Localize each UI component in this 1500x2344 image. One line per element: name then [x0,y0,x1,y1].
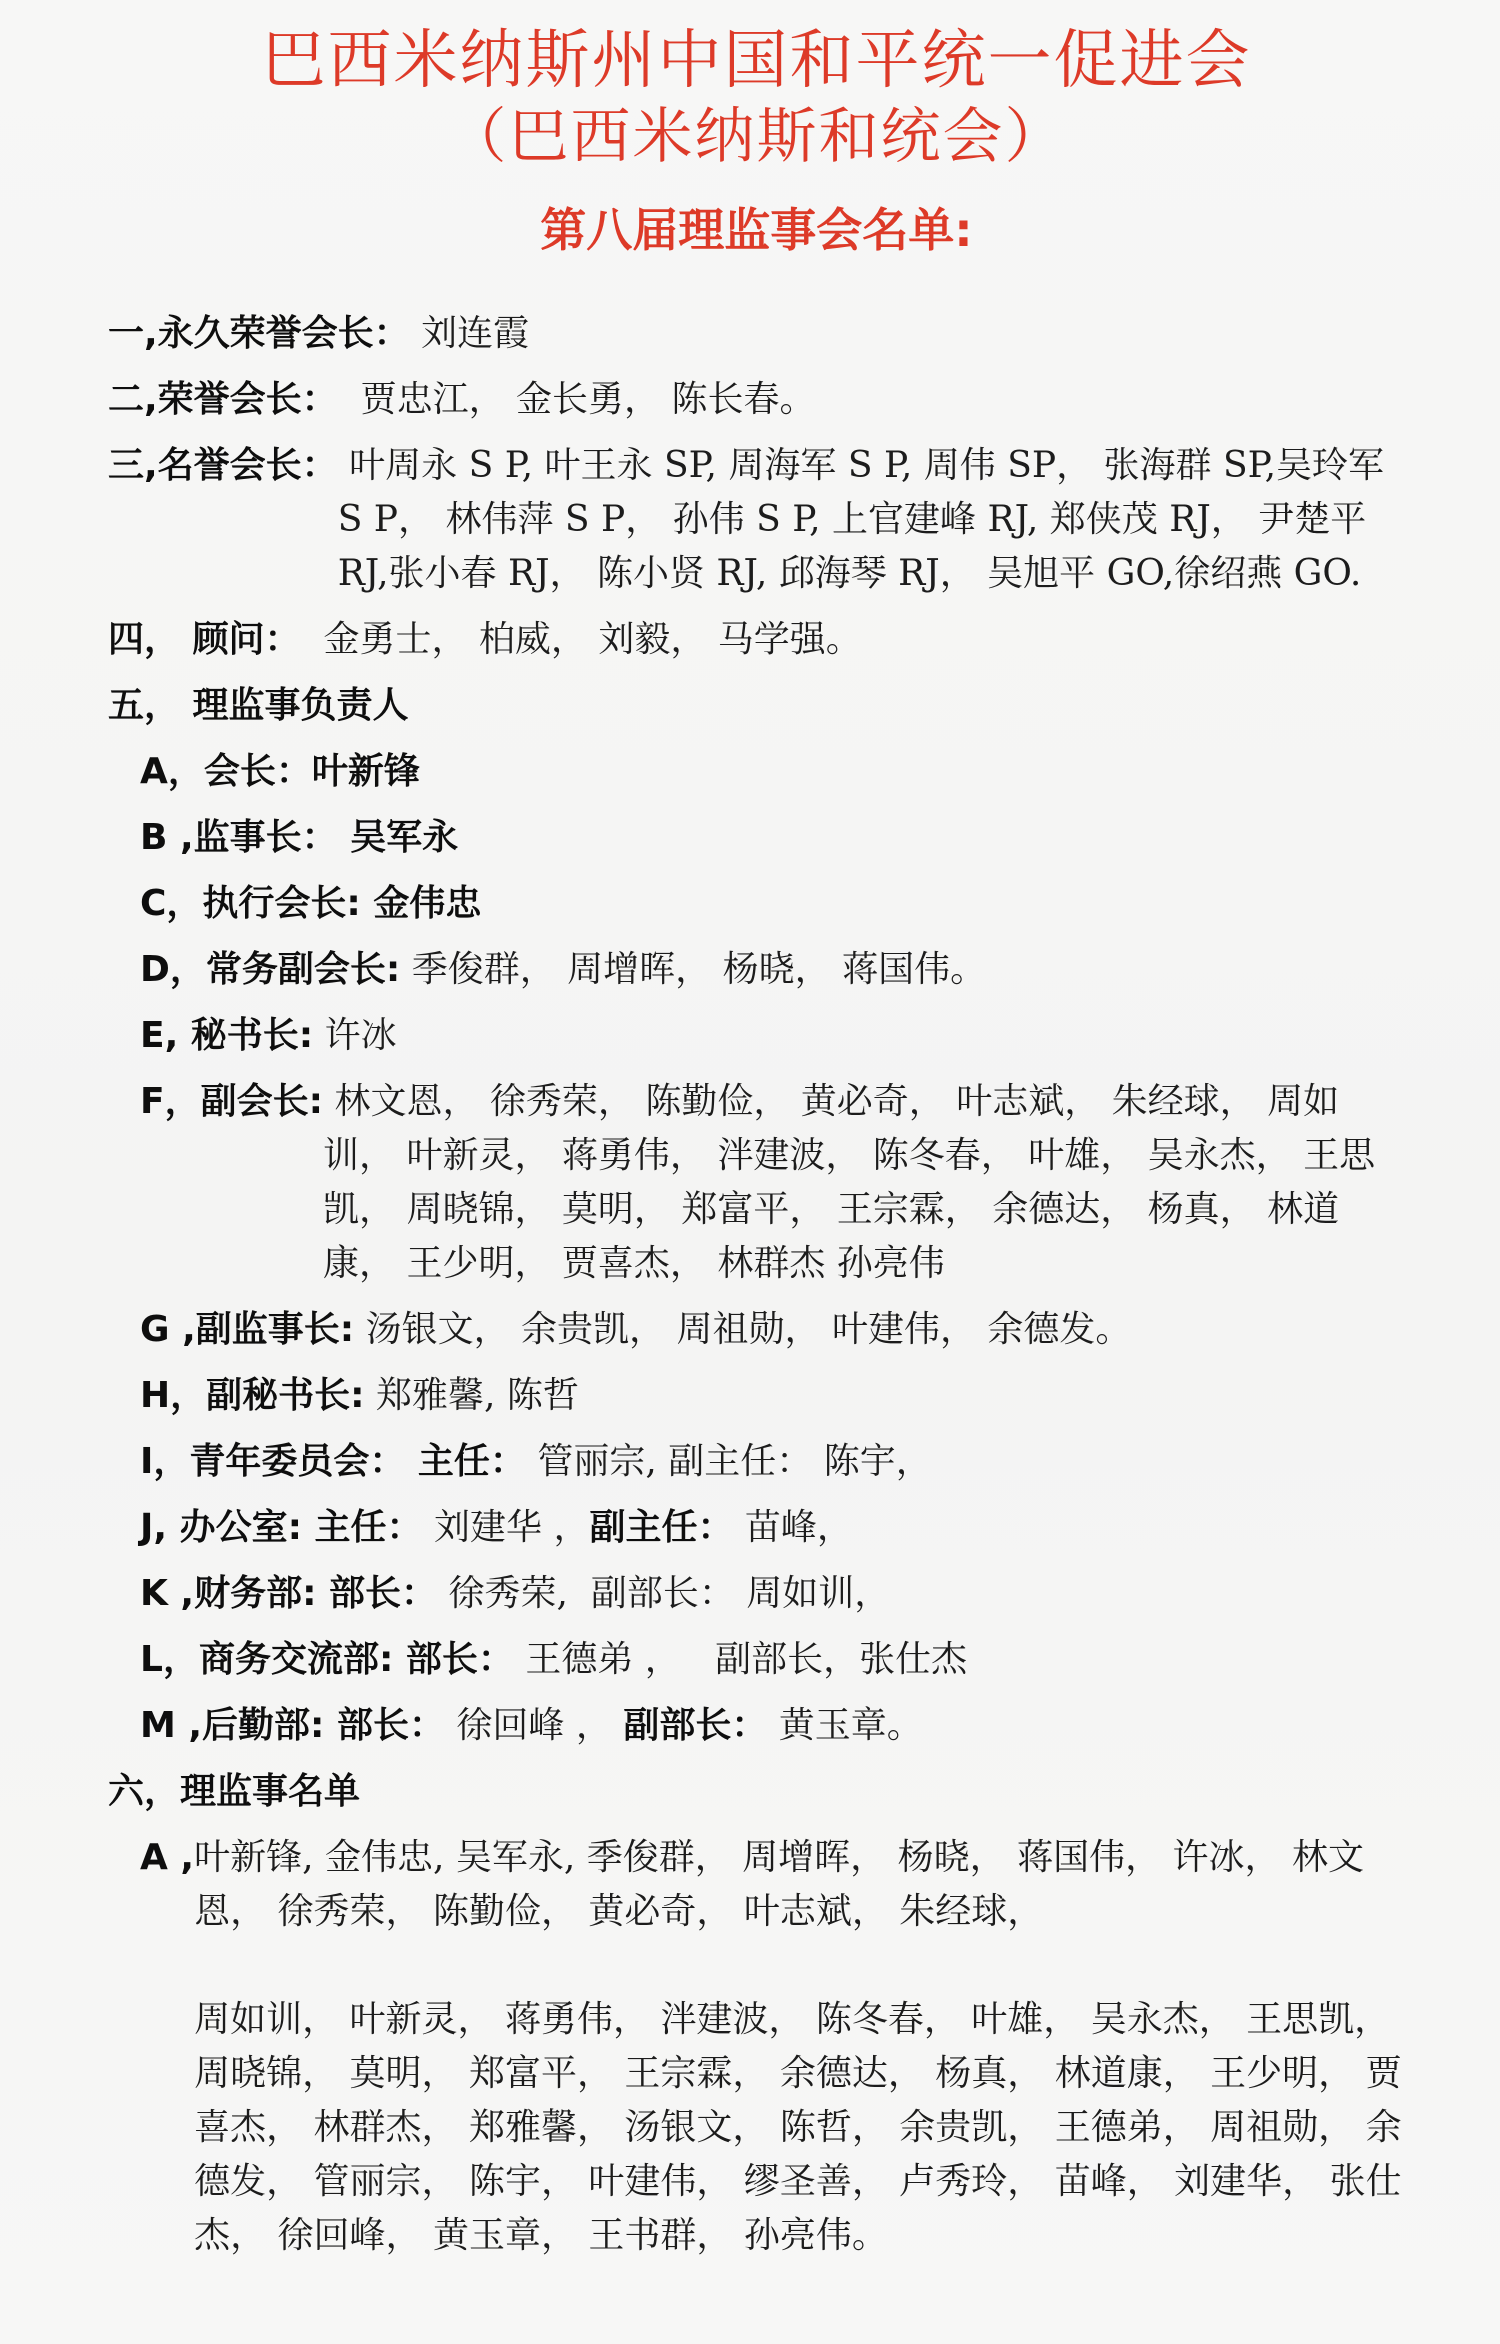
name-paragraph: 徐回峰 ， 副部长： 黄玉章。 [445,1699,1405,1753]
name-paragraph: 刘建华 ，副主任： 苗峰， [423,1501,1405,1555]
name-paragraph: 汤银文， 余贵凯， 周祖勋， 叶建伟， 余德发。 [354,1303,1405,1357]
name-paragraph: 郑雅馨, 陈哲 [365,1369,1405,1423]
text-segment: 许冰 [313,1015,396,1056]
list-line: 三,名誉会长： 叶周永 S P, 叶王永 SP, 周海军 S P, 周伟 SP，… [108,439,1405,601]
line-content: 刘建华 ，副主任： 苗峰， [423,1501,1405,1555]
list-heading: 第八届理监事会名单: [108,201,1405,261]
line-label: H，副秘书长: [140,1369,365,1423]
list-line: L，商务交流部: 部长： 王德弟 ， 副部长，张仕杰 [108,1633,1405,1687]
name-paragraph: 叶新锋, 金伟忠, 吴军永, 季俊群， 周增晖， 杨晓， 蒋国伟， 许冰， 林文… [194,1831,1405,1939]
text-segment: 叶周永 S P, 叶王永 SP, 周海军 S P, 周伟 SP， 张海群 SP,… [338,445,1396,594]
name-paragraph: 叶周永 S P, 叶王永 SP, 周海军 S P, 周伟 SP， 张海群 SP,… [338,439,1405,601]
line-content: 林文恩， 徐秀荣， 陈勤俭， 黄必奇， 叶志斌， 朱经球， 周如训， 叶新灵， … [323,1075,1405,1291]
line-label: L，商务交流部: 部长： [140,1633,514,1687]
text-segment: 徐秀荣, 副部长： 周如训， [437,1573,890,1614]
page-subtitle: （巴西米纳斯和统会） [108,100,1405,175]
document-page: 巴西米纳斯州中国和平统一促进会 （巴西米纳斯和统会） 第八届理监事会名单: 一,… [0,0,1500,2344]
text-segment: 林文恩， 徐秀荣， 陈勤俭， 黄必奇， 叶志斌， 朱经球， 周如训， 叶新灵， … [323,1081,1375,1284]
line-label: E, 秘书长: [140,1009,313,1063]
line-label: G ,副监事长: [140,1303,354,1357]
text-segment: 汤银文， 余贵凯， 周祖勋， 叶建伟， 余德发。 [354,1309,1131,1350]
name-paragraph: 金勇士， 柏威， 刘毅， 马学强。 [301,613,1405,667]
page-title: 巴西米纳斯州中国和平统一促进会 [108,22,1405,100]
text-segment: 贾忠江， 金长勇， 陈长春。 [338,379,816,420]
list-line: M ,后勤部: 部长： 徐回峰 ， 副部长： 黄玉章。 [108,1699,1405,1753]
line-label: J, 办公室: 主任： [140,1501,423,1555]
text-segment: 刘建华 ， [423,1507,590,1548]
line-content: 王德弟 ， 副部长，张仕杰 [514,1633,1405,1687]
name-paragraph: 季俊群， 周增晖， 杨晓， 蒋国伟。 [400,943,1405,997]
list-line: 二,荣誉会长： 贾忠江， 金长勇， 陈长春。 [108,373,1405,427]
list-line: D，常务副会长: 季俊群， 周增晖， 杨晓， 蒋国伟。 [108,943,1405,997]
name-paragraph: 刘连霞 [410,307,1405,361]
text-segment: 郑雅馨, 陈哲 [365,1375,579,1416]
line-label: 二,荣誉会长： [108,373,338,427]
line-content: 徐回峰 ， 副部长： 黄玉章。 [445,1699,1405,1753]
line-content: 管丽宗, 副主任： 陈宇， [526,1435,1405,1489]
line-label: C，执行会长: 金伟忠 [140,877,481,931]
text-segment: 管丽宗, 副主任： 陈宇， [526,1441,932,1482]
list-line: 四， 顾问： 金勇士， 柏威， 刘毅， 马学强。 [108,613,1405,667]
list-line: E, 秘书长: 许冰 [108,1009,1405,1063]
line-label: D，常务副会长: [140,943,400,997]
text-segment: 副主任： [589,1507,733,1548]
name-paragraph: 王德弟 ， 副部长，张仕杰 [514,1633,1405,1687]
text-segment: 黄玉章。 [767,1705,922,1746]
line-label: 一,永久荣誉会长： [108,307,410,361]
line-label: F，副会长: [140,1075,323,1129]
list-line: B ,监事长： 吴军永 [108,811,1405,865]
line-label: 三,名誉会长： [108,439,338,493]
line-label: I，青年委员会： 主任： [140,1435,526,1489]
line-label: K ,财务部: 部长： [140,1567,437,1621]
text-segment: 季俊群， 周增晖， 杨晓， 蒋国伟。 [400,949,986,990]
list-line: 五， 理监事负责人 [108,679,1405,733]
line-label: 四， 顾问： [108,613,301,667]
list-line: J, 办公室: 主任： 刘建华 ，副主任： 苗峰， [108,1501,1405,1555]
list-line: A，会长：叶新锋 [108,745,1405,799]
line-content: 季俊群， 周增晖， 杨晓， 蒋国伟。 [400,943,1405,997]
list-line: 六，理监事名单 [108,1765,1405,1819]
member-list: 一,永久荣誉会长： 刘连霞二,荣誉会长： 贾忠江， 金长勇， 陈长春。三,名誉会… [108,307,1405,2263]
list-line: I，青年委员会： 主任： 管丽宗, 副主任： 陈宇， [108,1435,1405,1489]
line-label: 六，理监事名单 [108,1765,360,1819]
list-line: 一,永久荣誉会长： 刘连霞 [108,307,1405,361]
line-content: 许冰 [313,1009,1405,1063]
line-content: 叶周永 S P, 叶王永 SP, 周海军 S P, 周伟 SP， 张海群 SP,… [338,439,1405,601]
text-segment: 苗峰， [733,1507,852,1548]
name-paragraph: 管丽宗, 副主任： 陈宇， [526,1435,1405,1489]
list-line: F，副会长: 林文恩， 徐秀荣， 陈勤俭， 黄必奇， 叶志斌， 朱经球， 周如训… [108,1075,1405,1291]
text-segment: 金勇士， 柏威， 刘毅， 马学强。 [301,619,862,660]
name-paragraph: 林文恩， 徐秀荣， 陈勤俭， 黄必奇， 叶志斌， 朱经球， 周如训， 叶新灵， … [323,1075,1405,1291]
text-segment: 徐回峰 ， [445,1705,623,1746]
line-content: 贾忠江， 金长勇， 陈长春。 [338,373,1405,427]
text-segment: 王德弟 ， 副部长，张仕杰 [514,1639,967,1680]
name-paragraph: 周如训， 叶新灵， 蒋勇伟， 泮建波， 陈冬春， 叶雄， 吴永杰， 王思凯， 周… [194,1993,1405,2263]
name-paragraph: 贾忠江， 金长勇， 陈长春。 [338,373,1405,427]
line-label: 五， 理监事负责人 [108,679,409,733]
line-label: A，会长：叶新锋 [140,745,420,799]
line-content: 郑雅馨, 陈哲 [365,1369,1405,1423]
list-line: C，执行会长: 金伟忠 [108,877,1405,931]
name-paragraph: 许冰 [313,1009,1405,1063]
line-content: 叶新锋, 金伟忠, 吴军永, 季俊群， 周增晖， 杨晓， 蒋国伟， 许冰， 林文… [194,1831,1405,2263]
text-segment: 叶新锋, 金伟忠, 吴军永, 季俊群， 周增晖， 杨晓， 蒋国伟， 许冰， 林文… [194,1837,1364,1932]
list-line: K ,财务部: 部长： 徐秀荣, 副部长： 周如训， [108,1567,1405,1621]
name-paragraph: 徐秀荣, 副部长： 周如训， [437,1567,1405,1621]
line-content: 金勇士， 柏威， 刘毅， 马学强。 [301,613,1405,667]
list-line: G ,副监事长: 汤银文， 余贵凯， 周祖勋， 叶建伟， 余德发。 [108,1303,1405,1357]
list-line: A ,叶新锋, 金伟忠, 吴军永, 季俊群， 周增晖， 杨晓， 蒋国伟， 许冰，… [108,1831,1405,2263]
line-label: B ,监事长： 吴军永 [140,811,458,865]
text-segment: 副部长： [623,1705,767,1746]
line-label: A , [140,1831,194,1885]
line-content: 徐秀荣, 副部长： 周如训， [437,1567,1405,1621]
line-label: M ,后勤部: 部长： [140,1699,445,1753]
line-content: 刘连霞 [410,307,1405,361]
text-segment: 周如训， 叶新灵， 蒋勇伟， 泮建波， 陈冬春， 叶雄， 吴永杰， 王思凯， 周… [194,1999,1402,2256]
text-segment: 刘连霞 [410,313,529,354]
list-line: H，副秘书长: 郑雅馨, 陈哲 [108,1369,1405,1423]
line-content: 汤银文， 余贵凯， 周祖勋， 叶建伟， 余德发。 [354,1303,1405,1357]
